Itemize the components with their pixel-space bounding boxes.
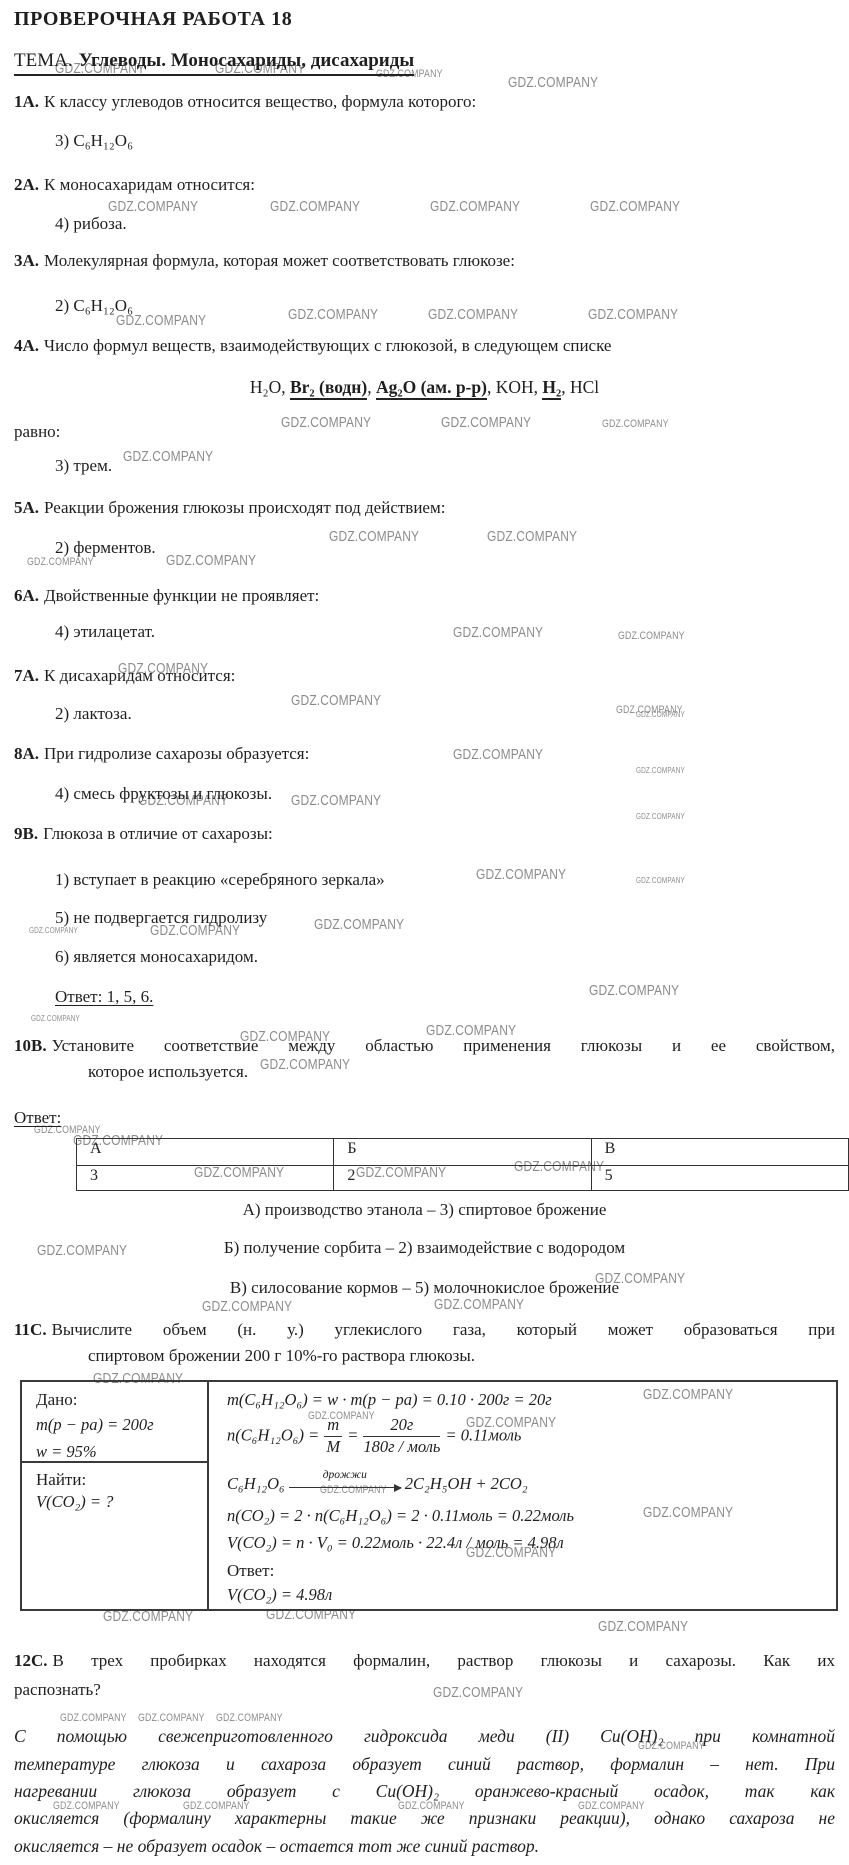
answer-7: 2) лактоза. bbox=[55, 704, 132, 724]
match-table: А Б В 3 2 5 bbox=[76, 1138, 849, 1191]
watermark: GDZ.COMPANY bbox=[123, 448, 213, 465]
given-item: w = 95% bbox=[36, 1442, 97, 1462]
answer-10-label: Ответ: bbox=[14, 1108, 61, 1128]
question-4-number: 4А. bbox=[14, 336, 39, 355]
question-9-option: 6) является моносахаридом. bbox=[55, 947, 258, 967]
reaction-arrow-line bbox=[289, 1487, 401, 1488]
question-5: 5А.Реакции брожения глюкозы происходят п… bbox=[14, 498, 445, 518]
question-12-text-line1: В трех пробирках находятся формалин, рас… bbox=[53, 1651, 835, 1670]
answer-6: 4) этилацетат. bbox=[55, 622, 155, 642]
watermark: GDZ.COMPANY bbox=[453, 624, 543, 641]
question-1: 1А.К классу углеводов относится вещество… bbox=[14, 92, 476, 112]
question-2-text: К моносахаридам относится: bbox=[44, 175, 255, 194]
match-line: А) производство этанола – 3) спиртовое б… bbox=[14, 1200, 835, 1220]
question-3-number: 3А. bbox=[14, 251, 39, 270]
question-7: 7А.К дисахаридам относится: bbox=[14, 666, 235, 686]
match-table-value-row: 3 2 5 bbox=[77, 1166, 849, 1191]
answer-12-line: С помощью свежеприготовленного гидроксид… bbox=[14, 1726, 835, 1747]
answer-12-line: окисляется – не образует осадок – остает… bbox=[14, 1836, 539, 1857]
question-9-text: Глюкоза в отличие от сахарозы: bbox=[43, 824, 273, 843]
question-1-number: 1А. bbox=[14, 92, 39, 111]
question-3-text: Молекулярная формула, которая может соот… bbox=[44, 251, 515, 270]
fraction-mass-over-molar: 20г180г / моль bbox=[363, 1416, 440, 1457]
watermark: GDZ.COMPANY bbox=[453, 746, 543, 763]
watermark: GDZ.COMPANY bbox=[314, 916, 404, 933]
reaction-left: C₆H₁₂O₆ bbox=[227, 1474, 285, 1493]
reaction-equation: C₆H₁₂O₆дрожжи2C₂H₅OH + 2CO₂ bbox=[227, 1472, 528, 1496]
watermark: GDZ.COMPANY bbox=[433, 1684, 523, 1701]
question-4-text: Число формул веществ, взаимодействующих … bbox=[44, 336, 611, 355]
answer-9: Ответ: 1, 5, 6. bbox=[55, 987, 153, 1007]
watermark: GDZ.COMPANY bbox=[202, 1298, 292, 1315]
watermark: GDZ.COMPANY bbox=[288, 306, 378, 323]
question-11-number: 11С. bbox=[14, 1320, 47, 1339]
fraction-numerator: m bbox=[324, 1416, 342, 1437]
watermark: GDZ.COMPANY bbox=[589, 982, 679, 999]
question-10-number: 10В. bbox=[14, 1036, 47, 1055]
watermark: GDZ.COMPANY bbox=[588, 306, 678, 323]
answer-8: 4) смесь фруктозы и глюкозы. bbox=[55, 784, 272, 804]
question-9-option: 1) вступает в реакцию «серебряного зерка… bbox=[55, 870, 385, 890]
question-12-number: 12С. bbox=[14, 1651, 48, 1670]
list-part: H₂O, bbox=[250, 377, 290, 397]
watermark: GDZ.COMPANY bbox=[598, 1618, 688, 1635]
solution-line-2-lhs: n(C₆H₁₂O₆) = bbox=[227, 1425, 319, 1444]
watermark: GDZ.COMPANY bbox=[430, 198, 520, 215]
question-5-number: 5А. bbox=[14, 498, 39, 517]
watermark: GDZ.COMPANY bbox=[618, 630, 685, 642]
answer-12-line: нагревании глюкоза образует с Cu(OH)₂ ор… bbox=[14, 1781, 835, 1802]
watermark: GDZ.COMPANY bbox=[636, 876, 685, 885]
reaction-right: 2C₂H₅OH + 2CO₂ bbox=[405, 1474, 528, 1493]
watermark: GDZ.COMPANY bbox=[434, 1296, 524, 1313]
given-item: m(p − pa) = 200г bbox=[36, 1415, 154, 1435]
match-table-header-v: В bbox=[591, 1139, 848, 1166]
watermark: GDZ.COMPANY bbox=[636, 812, 685, 821]
list-part-underlined: Br₂ (водн) bbox=[290, 377, 367, 400]
theme-label: ТЕМА. bbox=[14, 50, 73, 71]
question-8: 8А.При гидролизе сахарозы образуется: bbox=[14, 744, 309, 764]
list-part-underlined: Ag₂O (ам. р-р) bbox=[376, 377, 487, 400]
watermark: GDZ.COMPANY bbox=[60, 1712, 127, 1724]
match-table-header-b: Б bbox=[334, 1139, 591, 1166]
match-table-header-a: А bbox=[77, 1139, 334, 1166]
watermark: GDZ.COMPANY bbox=[281, 414, 371, 431]
watermark: GDZ.COMPANY bbox=[260, 1056, 350, 1073]
watermark: GDZ.COMPANY bbox=[476, 866, 566, 883]
answer-2: 4) рибоза. bbox=[55, 214, 127, 234]
question-10-text-line1: Установите соответствие между областью п… bbox=[52, 1036, 835, 1055]
question-9: 9В.Глюкоза в отличие от сахарозы: bbox=[14, 824, 273, 844]
question-10-text-line2: которое используется. bbox=[88, 1062, 248, 1082]
answer-3: 2) C₆H₁₂O₆ bbox=[55, 296, 133, 316]
answer-4: 3) трем. bbox=[55, 456, 112, 476]
reaction-arrow: дрожжи bbox=[289, 1472, 401, 1496]
question-6-number: 6А. bbox=[14, 586, 39, 605]
question-8-number: 8А. bbox=[14, 744, 39, 763]
watermark: GDZ.COMPANY bbox=[166, 552, 256, 569]
answer-12-line: окисляется (формалину характерны такие ж… bbox=[14, 1808, 835, 1829]
page-title: ПРОВЕРОЧНАЯ РАБОТА 18 bbox=[14, 8, 292, 31]
watermark: GDZ.COMPANY bbox=[636, 710, 685, 719]
list-part: , KOH, bbox=[487, 377, 542, 397]
question-12-text-line2: распознать? bbox=[14, 1680, 101, 1700]
solution-line-2: n(C₆H₁₂O₆) =mM=20г180г / моль= 0.11моль bbox=[227, 1416, 521, 1457]
question-9-number: 9В. bbox=[14, 824, 38, 843]
watermark: GDZ.COMPANY bbox=[329, 528, 419, 545]
watermark: GDZ.COMPANY bbox=[270, 198, 360, 215]
find-item: V(CO₂) = ? bbox=[36, 1492, 113, 1512]
question-3: 3А.Молекулярная формула, которая может с… bbox=[14, 251, 515, 271]
fraction-denominator: M bbox=[324, 1437, 342, 1457]
reaction-arrow-label: дрожжи bbox=[289, 1469, 401, 1481]
question-10: 10В.Установите соответствие между област… bbox=[14, 1036, 835, 1056]
match-table-value-v: 5 bbox=[591, 1166, 848, 1191]
question-2: 2А.К моносахаридам относится: bbox=[14, 175, 255, 195]
given-label: Дано: bbox=[36, 1390, 77, 1410]
watermark: GDZ.COMPANY bbox=[291, 792, 381, 809]
match-line: В) силосование кормов – 5) молочнокислое… bbox=[14, 1278, 835, 1298]
question-4-substance-list: H₂O, Br₂ (водн), Ag₂O (ам. р-р), KOH, H₂… bbox=[0, 377, 849, 398]
solution-box-divider bbox=[207, 1382, 209, 1609]
answer-12-line: температуре глюкоза и сахароза образует … bbox=[14, 1754, 835, 1775]
question-5-text: Реакции брожения глюкозы происходят под … bbox=[44, 498, 445, 517]
find-label: Найти: bbox=[36, 1470, 86, 1490]
watermark: GDZ.COMPANY bbox=[508, 74, 598, 91]
solution-line-5: V(CO₂) = n · V₀ = 0.22моль · 22.4л / мол… bbox=[227, 1533, 564, 1553]
solution-line-2-equals: = bbox=[347, 1425, 358, 1444]
solution-line-2-rhs: = 0.11моль bbox=[445, 1425, 521, 1444]
answer-1: 3) C₆H₁₂O₆ bbox=[55, 131, 133, 151]
watermark: GDZ.COMPANY bbox=[602, 418, 669, 430]
question-4-continuation: равно: bbox=[14, 422, 60, 442]
solution-line-4: n(CO₂) = 2 · n(C₆H₁₂O₆) = 2 · 0.11моль =… bbox=[227, 1506, 574, 1526]
document-page: { "watermark": "GDZ.COMPANY", "title": "… bbox=[0, 0, 849, 1865]
match-table-value-b: 2 bbox=[334, 1166, 591, 1191]
question-6-text: Двойственные функции не проявляет: bbox=[44, 586, 319, 605]
list-part: , HCl bbox=[561, 377, 599, 397]
question-4: 4А.Число формул веществ, взаимодействующ… bbox=[14, 336, 611, 356]
question-9-option: 5) не подвергается гидролизу bbox=[55, 908, 267, 928]
match-table-value-a: 3 bbox=[77, 1166, 334, 1191]
watermark: GDZ.COMPANY bbox=[636, 766, 685, 775]
solution-answer: V(CO₂) = 4.98л bbox=[227, 1585, 332, 1605]
question-8-text: При гидролизе сахарозы образуется: bbox=[44, 744, 309, 763]
watermark: GDZ.COMPANY bbox=[31, 1014, 80, 1023]
list-part-underlined: H₂ bbox=[542, 377, 561, 400]
watermark: GDZ.COMPANY bbox=[108, 198, 198, 215]
question-1-text: К классу углеводов относится вещество, ф… bbox=[44, 92, 476, 111]
question-11-text-line1: Вычислите объем (н. у.) углекислого газа… bbox=[52, 1320, 835, 1339]
answer-5: 2) ферментов. bbox=[55, 538, 156, 558]
theme-text: Углеводы. Моносахариды, дисахариды bbox=[79, 50, 415, 71]
question-6: 6А.Двойственные функции не проявляет: bbox=[14, 586, 319, 606]
theme-heading: ТЕМА.Углеводы. Моносахариды, дисахариды bbox=[14, 50, 414, 76]
list-part: , bbox=[367, 377, 376, 397]
match-table-header-row: А Б В bbox=[77, 1139, 849, 1166]
solution-box: Дано: m(p − pa) = 200г w = 95% Найти: V(… bbox=[20, 1380, 838, 1611]
watermark: GDZ.COMPANY bbox=[138, 1712, 205, 1724]
watermark: GDZ.COMPANY bbox=[428, 306, 518, 323]
fraction-denominator: 180г / моль bbox=[363, 1437, 440, 1457]
watermark: GDZ.COMPANY bbox=[441, 414, 531, 431]
question-7-text: К дисахаридам относится: bbox=[44, 666, 235, 685]
fraction-m-over-M: mM bbox=[324, 1416, 342, 1457]
question-12: 12С.В трех пробирках находятся формалин,… bbox=[14, 1651, 835, 1671]
question-2-number: 2А. bbox=[14, 175, 39, 194]
question-11-text-line2: спиртовом брожении 200 г 10%-го раствора… bbox=[88, 1346, 475, 1366]
watermark: GDZ.COMPANY bbox=[590, 198, 680, 215]
solution-line-1: m(C₆H₁₂O₆) = w · m(p − pa) = 0.10 · 200г… bbox=[227, 1390, 552, 1410]
question-11: 11С.Вычислите объем (н. у.) углекислого … bbox=[14, 1320, 835, 1340]
watermark: GDZ.COMPANY bbox=[216, 1712, 283, 1724]
watermark: GDZ.COMPANY bbox=[487, 528, 577, 545]
fraction-numerator: 20г bbox=[363, 1416, 440, 1437]
solution-answer-label: Ответ: bbox=[227, 1561, 274, 1581]
question-7-number: 7А. bbox=[14, 666, 39, 685]
watermark: GDZ.COMPANY bbox=[291, 692, 381, 709]
match-line: Б) получение сорбита – 2) взаимодействие… bbox=[14, 1238, 835, 1258]
